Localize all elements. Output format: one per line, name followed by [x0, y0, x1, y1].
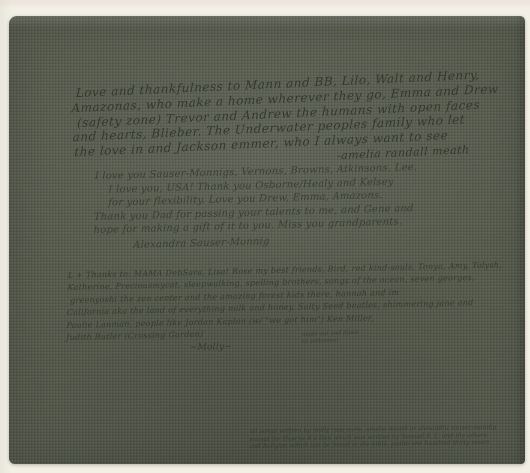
- songwriting-credits-fine-print: all songs written by molly rose sarle, a…: [249, 424, 500, 451]
- fabric-cloth-background: Love and thankfulness to Mann and BB, Li…: [9, 16, 525, 464]
- liner-notes-photo: Love and thankfulness to Mann and BB, Li…: [0, 0, 530, 473]
- handwritten-note-molly: L + Thanks to: MAMA DebSara, Lisa! Rose …: [66, 260, 488, 358]
- inline-annotation: made out and down to andersen): [302, 330, 359, 346]
- handwritten-note-alexandra: I love you Sauser-Monnigs, Vernons, Brow…: [93, 161, 425, 254]
- handwritten-note-amelia: Love and thankfulness to Mann and BB, Li…: [74, 68, 478, 176]
